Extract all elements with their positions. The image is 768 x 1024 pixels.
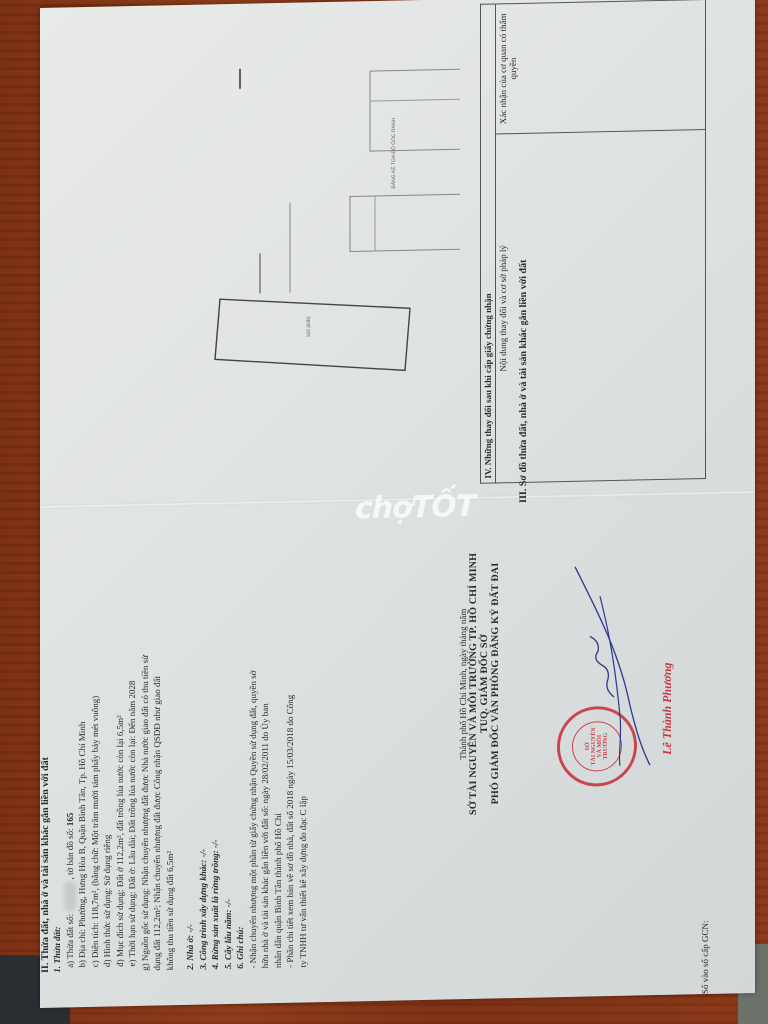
- redacted-blur: [64, 882, 76, 912]
- signature-block: Thành phố Hồ Chí Minh, ngày tháng năm SỞ…: [458, 513, 501, 854]
- section-ii: II. Thửa đất, nhà ở và tài sản khác gắn …: [40, 497, 309, 973]
- svg-text:BẢNG KÊ TỌA ĐỘ GÓC RANH: BẢNG KÊ TỌA ĐỘ GÓC RANH: [389, 117, 397, 188]
- changes-table: IV. Những thay đổi sau khi cấp giấy chứn…: [480, 0, 706, 484]
- notes-heading: 6. Ghi chú:: [234, 499, 247, 969]
- origin-line-1: g) Nguồn gốc sử dụng: Nhận chuyển nhượng…: [139, 501, 152, 971]
- usage-form-line: d) Hình thức sử dụng: Sử dụng riêng: [101, 501, 114, 971]
- serial-number-label: Số vào sổ cấp GCN:: [700, 920, 710, 994]
- org-line-3: PHÓ GIÁM ĐỐC VĂN PHÒNG ĐĂNG KÝ ĐẤT ĐAI: [490, 513, 501, 853]
- other-construction-line: 3. Công trình xây dựng khác: -/-: [197, 499, 210, 969]
- land-plot-diagram: 165 (Đất) BẢNG KÊ TỌA ĐỘ GÓC RANH: [200, 49, 460, 394]
- plot-number-line: a) Thửa đất số: , tờ bản đồ số: 165: [64, 502, 77, 972]
- origin-line-2: dụng đất 112,2m²; Nhận chuyển nhượng đất…: [151, 500, 164, 970]
- changes-col-content: Nội dung thay đổi và cơ sở pháp lý: [496, 130, 706, 483]
- land-plot-heading: 1. Thửa đất:: [51, 503, 64, 973]
- area-line: c) Diện tích: 118,7m², (bằng chữ: Một tr…: [89, 502, 102, 972]
- note-line: hữu nhà ở và tài sản khác gắn liền với đ…: [259, 498, 272, 968]
- perennial-line: 5. Cây lâu năm: -/-: [222, 499, 235, 969]
- forest-line: 4. Rừng sản xuất là rừng trồng: -/-: [209, 499, 222, 969]
- house-line: 2. Nhà ở: -/-: [184, 500, 197, 970]
- changes-col-authority: Xác nhận của cơ quan có thẩm quyền: [496, 0, 706, 134]
- address-line: b) Địa chỉ: Phường, Hưng Hòa B, Quận Bìn…: [76, 502, 89, 972]
- certificate-paper: III. Sơ đồ thửa đất, nhà ở và tài sản kh…: [40, 0, 755, 1008]
- org-line-1: SỞ TÀI NGUYÊN VÀ MÔI TRƯỜNG TP. HỒ CHÍ M…: [468, 514, 479, 854]
- place-date: Thành phố Hồ Chí Minh, ngày tháng năm: [458, 514, 468, 854]
- usage-term-line: e) Thời hạn sử dụng: Đất ở: Lâu dài; Đất…: [126, 501, 139, 971]
- svg-text:165 (Đất): 165 (Đất): [306, 316, 312, 337]
- signer-name: Lê Thành Phương: [660, 662, 675, 755]
- note-line: ty TNHH tư vấn thiết kế xây dựng đo đạc …: [297, 497, 310, 967]
- note-line: - Nhận chuyển nhượng một phần từ giấy ch…: [247, 498, 260, 968]
- note-line: - Phần chi tiết xem bản vẽ sơ đồ nhà, đấ…: [284, 498, 297, 968]
- section-iv-title: IV. Những thay đổi sau khi cấp giấy chứn…: [481, 4, 496, 483]
- note-line: nhân dân quận Bình Tân thành phố Hồ Chí: [272, 498, 285, 968]
- usage-purpose-line: đ) Mục đích sử dụng: Đất ở 112,2m², đất …: [114, 501, 127, 971]
- org-line-2: TUQ. GIÁM ĐỐC SỞ: [479, 514, 490, 854]
- section-ii-title: II. Thửa đất, nhà ở và tài sản khác gắn …: [40, 503, 51, 973]
- origin-line-3: không thu tiền sử dụng đất 6,5m²: [164, 500, 177, 970]
